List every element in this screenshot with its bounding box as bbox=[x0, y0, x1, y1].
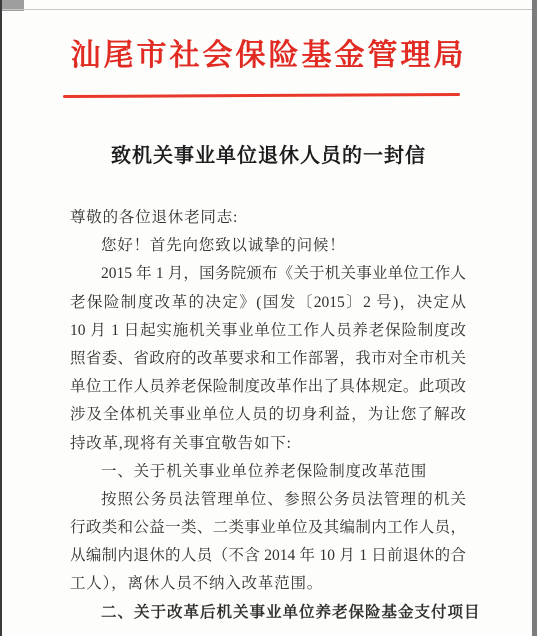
body-line: 老保险制度改革的决定》(国发〔2015〕2 号)，决定从 2014 年 bbox=[70, 289, 466, 317]
body-line: 10 月 1 日起实施机关事业单位工作人员养老保险制度改革。按 bbox=[70, 317, 466, 345]
section-heading-1: 一、关于机关事业单位养老保险制度改革范围 bbox=[70, 458, 466, 486]
body-line: 行政类和公益一类、二类事业单位及其编制内工作人员，以及 bbox=[70, 514, 466, 542]
body-line: 从编制内退休的人员（不含 2014 年 10 月 1 日前退休的合同制 bbox=[70, 542, 466, 570]
body-line: 持改革,现将有关事宜敬告如下: bbox=[70, 430, 466, 458]
greeting-line: 您好！首先向您致以诚挚的问候！ bbox=[70, 232, 466, 260]
scanned-letter-page: 汕尾市社会保险基金管理局 致机关事业单位退休人员的一封信 尊敬的各位退休老同志:… bbox=[0, 0, 537, 636]
scan-right-edge bbox=[532, 0, 537, 636]
body-line: 工人），离休人员不纳入改革范围。 bbox=[70, 570, 466, 598]
salutation-line: 尊敬的各位退休老同志: bbox=[70, 204, 466, 232]
letterhead-divider-line bbox=[63, 93, 460, 98]
body-line: 按照公务员法管理单位、参照公务员法管理的机关（单位）、 bbox=[70, 486, 466, 514]
section-heading-2: 二、关于改革后机关事业单位养老保险基金支付项目 bbox=[70, 599, 466, 627]
letter-title: 致机关事业单位退休人员的一封信 bbox=[0, 143, 537, 170]
body-line: 涉及全体机关事业单位人员的切身利益，为让您了解改革、支 bbox=[70, 401, 466, 429]
body-line: 单位工作人员养老保险制度改革作出了具体规定。此项改革， bbox=[70, 373, 466, 401]
body-line: 照省委、省政府的改革要求和工作部署，我市对全市机关事业 bbox=[70, 345, 466, 373]
letter-body: 尊敬的各位退休老同志:您好！首先向您致以诚挚的问候！2015 年 1 月，国务院… bbox=[70, 204, 466, 627]
body-line: 2015 年 1 月，国务院颁布《关于机关事业单位工作人员养 bbox=[70, 260, 466, 288]
scan-top-edge bbox=[2, 9, 532, 10]
letterhead-org-name: 汕尾市社会保险基金管理局 bbox=[0, 39, 537, 73]
scan-left-edge bbox=[0, 0, 2, 636]
